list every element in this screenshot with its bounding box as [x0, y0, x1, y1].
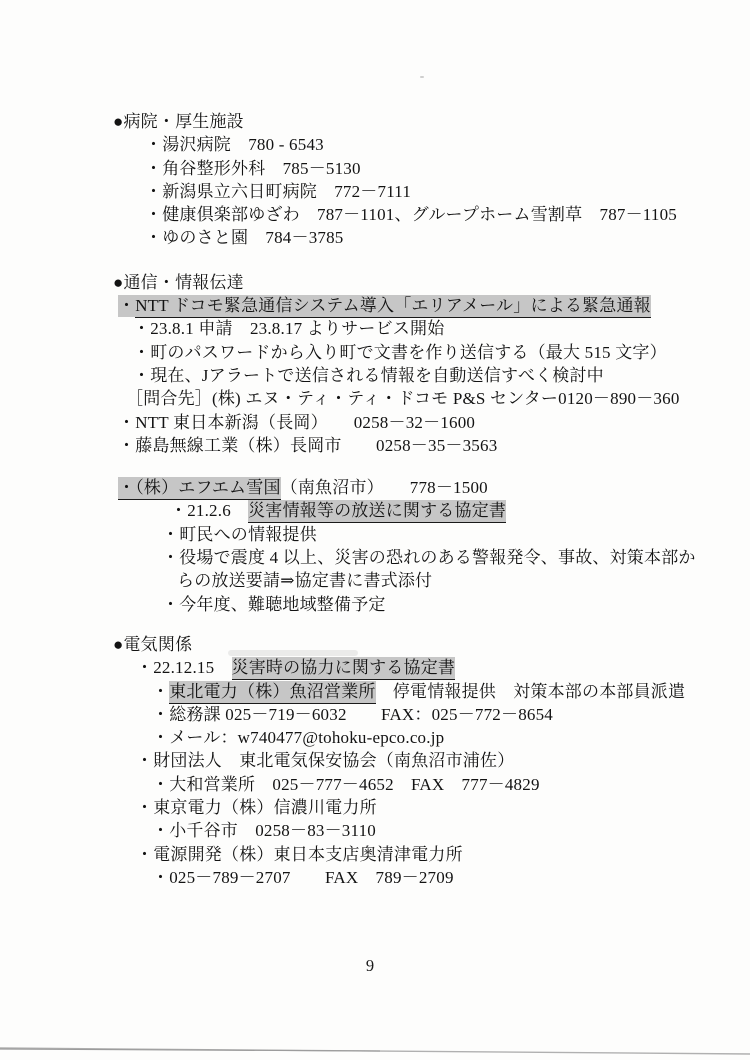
section-electricity: ●電気関係・22.12.15 災害時の協力に関する協定書・東北電力（株）魚沼営業…	[113, 633, 733, 889]
text-line: ・役場で震度 4 以上、災害の恐れのある警報発令、事故、対策本部か	[162, 546, 733, 569]
text-segment: ・新潟県立六日町病院 772－7111	[145, 182, 411, 201]
text-line: ・21.2.6 災害情報等の放送に関する協定書	[170, 499, 733, 522]
text-line: ［問合先］(株) エヌ・ティ・ティ・ドコモ P&S センター0120－890－3…	[126, 387, 733, 410]
text-line: ・電源開発（株）東日本支店奥清津電力所	[136, 843, 733, 866]
text-segment: ・財団法人 東北電気保安協会（南魚沼市浦佐）	[136, 751, 514, 770]
text-segment: ・町のパスワードから入り町で文書を作り送信する（最大 515 文字）	[133, 343, 667, 362]
section-communication-information: ●通信・情報伝達・NTT ドコモ緊急通信システム導入「エリアメール」による緊急通…	[113, 271, 733, 457]
text-line: ・025－789－2707 FAX 789－2709	[152, 866, 733, 889]
highlighted-text: ・（株）エフエム雪国	[118, 477, 281, 500]
text-segment: ・小千谷市 0258－83－3110	[152, 821, 376, 840]
highlighted-text: 東北電力（株）魚沼営業所	[169, 681, 375, 704]
text-segment: ・メール：w740477@tohoku-epco.co.jp	[152, 728, 444, 747]
text-segment: ・現在、Jアラートで送信される情報を自動送信すべく検討中	[133, 366, 604, 385]
text-segment: ●電気関係	[113, 635, 192, 654]
highlighted-text: 災害情報等の放送に関する協定書	[248, 500, 506, 523]
text-segment: ・総務課 025－719－6032 FAX：025－772－8654	[152, 705, 553, 724]
text-line: ・東京電力（株）信濃川電力所	[136, 796, 733, 819]
text-segment: ・23.8.1 申請 23.8.17 よりサービス開始	[133, 319, 444, 338]
text-line: ●病院・厚生施設	[113, 110, 733, 133]
text-line: ・NTT ドコモ緊急通信システム導入「エリアメール」による緊急通報	[118, 294, 733, 317]
text-line: ・財団法人 東北電気保安協会（南魚沼市浦佐）	[136, 749, 733, 772]
text-segment: ・電源開発（株）東日本支店奥清津電力所	[136, 845, 463, 864]
document-page: ●病院・厚生施設・湯沢病院 780 - 6543・角谷整形外科 785－5130…	[0, 0, 750, 1060]
text-segment: ・21.2.6	[170, 501, 248, 520]
scan-speck-artifact	[420, 76, 424, 78]
text-line: ・総務課 025－719－6032 FAX：025－772－8654	[152, 703, 733, 726]
text-segment: ・025－789－2707 FAX 789－2709	[152, 868, 454, 887]
section-fm-yukiguni: ・（株）エフエム雪国（南魚沼市） 778－1500・21.2.6 災害情報等の放…	[113, 476, 733, 616]
text-segment: ［問合先］(株) エヌ・ティ・ティ・ドコモ P&S センター0120－890－3…	[126, 389, 680, 408]
text-line: ・22.12.15 災害時の協力に関する協定書	[136, 656, 733, 679]
text-segment: ・東京電力（株）信濃川電力所	[136, 798, 377, 817]
text-line: ・メール：w740477@tohoku-epco.co.jp	[152, 726, 733, 749]
text-segment: ・健康倶楽部ゆざわ 787－1101、グループホーム雪割草 787－1105	[145, 205, 677, 224]
text-line: ・23.8.1 申請 23.8.17 よりサービス開始	[133, 317, 733, 340]
text-segment: らの放送要請⇒協定書に書式添付	[177, 571, 432, 590]
text-segment: ・藤島無線工業（株）長岡市 0258－35－3563	[118, 436, 497, 455]
text-line: ・町のパスワードから入り町で文書を作り送信する（最大 515 文字）	[133, 341, 733, 364]
text-line: ・藤島無線工業（株）長岡市 0258－35－3563	[118, 434, 733, 457]
document-body: ●病院・厚生施設・湯沢病院 780 - 6543・角谷整形外科 785－5130…	[113, 110, 733, 889]
text-segment: ・	[152, 682, 169, 701]
text-line: ●電気関係	[113, 633, 733, 656]
text-line: ・角谷整形外科 785－5130	[145, 157, 733, 180]
text-segment: ・NTT 東日本新潟（長岡） 0258－32－1600	[118, 413, 475, 432]
page-number: 9	[0, 956, 740, 976]
text-line: ・湯沢病院 780 - 6543	[145, 133, 733, 156]
text-segment: ・角谷整形外科 785－5130	[145, 159, 361, 178]
text-segment: ●病院・厚生施設	[113, 112, 244, 131]
text-line: ・NTT 東日本新潟（長岡） 0258－32－1600	[118, 411, 733, 434]
text-line: ・今年度、難聴地域整備予定	[162, 593, 733, 616]
highlighted-text: ・	[118, 295, 135, 317]
text-segment: ・ゆのさと園 784－3785	[145, 228, 344, 247]
text-segment: ●通信・情報伝達	[113, 273, 244, 292]
text-line: ・町民への情報提供	[162, 523, 733, 546]
text-line: ・小千谷市 0258－83－3110	[152, 819, 733, 842]
text-segment: ・役場で震度 4 以上、災害の恐れのある警報発令、事故、対策本部か	[162, 548, 696, 567]
highlighted-text: NTT ドコモ緊急通信システム導入「エリアメール」による緊急通報	[135, 295, 651, 318]
text-segment: ・22.12.15	[136, 658, 232, 677]
text-segment: ・大和営業所 025－777－4652 FAX 777－4829	[152, 775, 540, 794]
text-segment: ・今年度、難聴地域整備予定	[162, 595, 386, 614]
text-segment: ・湯沢病院 780 - 6543	[145, 135, 324, 154]
text-line: ・新潟県立六日町病院 772－7111	[145, 180, 733, 203]
text-segment: （南魚沼市） 778－1500	[281, 478, 488, 497]
text-line: ・大和営業所 025－777－4652 FAX 777－4829	[152, 773, 733, 796]
text-line: ・現在、Jアラートで送信される情報を自動送信すべく検討中	[133, 364, 733, 387]
text-segment: 停電情報提供 対策本部の本部員派遣	[376, 682, 686, 701]
section-hospitals-welfare: ●病院・厚生施設・湯沢病院 780 - 6543・角谷整形外科 785－5130…	[113, 110, 733, 250]
highlighted-text: 災害時の協力に関する協定書	[232, 657, 456, 680]
text-line: ・東北電力（株）魚沼営業所 停電情報提供 対策本部の本部員派遣	[152, 680, 733, 703]
text-line: ・（株）エフエム雪国（南魚沼市） 778－1500	[118, 476, 733, 499]
text-line: ・健康倶楽部ゆざわ 787－1101、グループホーム雪割草 787－1105	[145, 203, 733, 226]
text-line: らの放送要請⇒協定書に書式添付	[177, 569, 733, 592]
text-line: ●通信・情報伝達	[113, 271, 733, 294]
text-line: ・ゆのさと園 784－3785	[145, 226, 733, 249]
text-segment: ・町民への情報提供	[162, 525, 317, 544]
